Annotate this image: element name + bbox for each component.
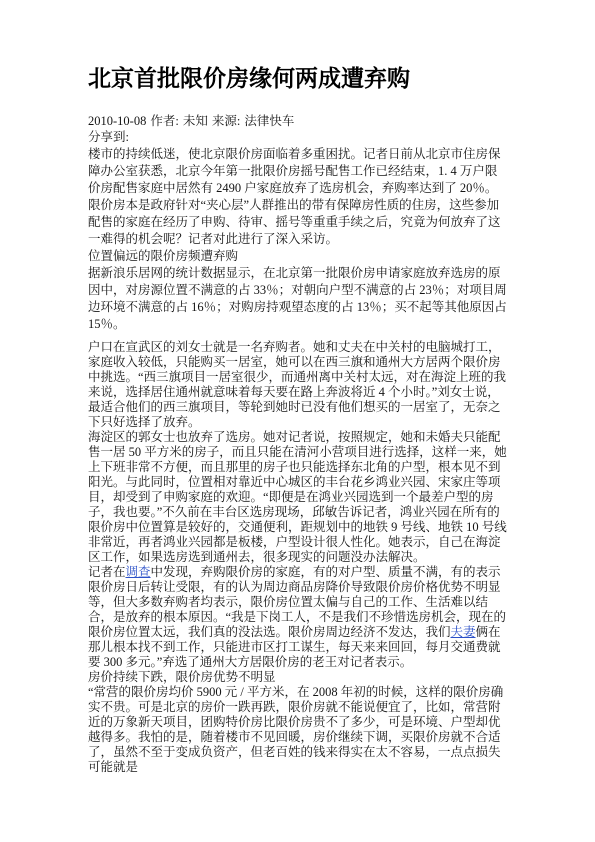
article-body: 楼市的持续低迷，使北京限价房面临着多重困扰。记者日前从北京市住房保障办公室获悉，… xyxy=(88,146,509,775)
article-paragraph: 记者在调查中发现，弃购限价房的家庭，有的对户型、质量不满，有的表示限价房日后转让… xyxy=(88,565,509,670)
share-to-label: 分享到: xyxy=(88,129,509,145)
paragraph-text: 记者在 xyxy=(88,565,126,579)
paragraph-text: 户口在宣武区的刘女士就是一名弃购者。她和丈夫在中关村的电脑城打工，家庭收入较低，… xyxy=(88,340,506,429)
article-date: 2010-10-08 xyxy=(88,114,146,128)
paragraph-text: “常营的限价房均价 5900 元 / 平方米，在 2008 年初的时候，这样的限… xyxy=(88,685,503,774)
paragraph-text: 楼市的持续低迷，使北京限价房面临着多重困扰。记者日前从北京市住房保障办公室获悉，… xyxy=(88,147,501,246)
paragraph-text: 据新浪乐居网的统计数据显示，在北京第一批限价房申请家庭放弃选房的原因中，对房源位… xyxy=(88,266,507,331)
inline-link-diaocha[interactable]: 调查 xyxy=(126,565,151,579)
article-paragraph: 户口在宣武区的刘女士就是一名弃购者。她和丈夫在中关村的电脑城打工，家庭收入较低，… xyxy=(88,340,509,430)
paragraph-text: 中发现，弃购限价房的家庭，有的对户型、质量不满，有的表示限价房日后转让受限，有的… xyxy=(88,565,506,639)
article-meta: 2010-10-08作者:未知来源:法律快车 xyxy=(88,113,509,129)
article-paragraph: 海淀区的郭女士也放弃了选房。她对记者说，按照规定，她和未婚夫只能配售一居 50 … xyxy=(88,430,509,565)
source-value: 法律快车 xyxy=(244,114,294,128)
article-paragraph: 楼市的持续低迷，使北京限价房面临着多重困扰。记者日前从北京市住房保障办公室获悉，… xyxy=(88,146,509,248)
section-subhead: 房价持续下跌，限价房优势不明显 xyxy=(88,670,509,685)
article-paragraph: 据新浪乐居网的统计数据显示，在北京第一批限价房申请家庭放弃选房的原因中，对房源位… xyxy=(88,265,509,333)
inline-link-fuqi[interactable]: 夫妻 xyxy=(451,625,476,639)
source-label: 来源: xyxy=(212,114,240,128)
section-subhead: 位置偏远的限价房频遭弃购 xyxy=(88,248,509,265)
paragraph-text: 海淀区的郭女士也放弃了选房。她对记者说，按照规定，她和未婚夫只能配售一居 50 … xyxy=(88,430,507,564)
article-paragraph: “常营的限价房均价 5900 元 / 平方米，在 2008 年初的时候，这样的限… xyxy=(88,685,509,775)
article-title: 北京首批限价房缘何两成遭弃购 xyxy=(88,64,509,94)
author-label: 作者: xyxy=(150,114,178,128)
author-value: 未知 xyxy=(183,114,208,128)
article-page: 北京首批限价房缘何两成遭弃购 2010-10-08作者:未知来源:法律快车 分享… xyxy=(0,0,595,842)
